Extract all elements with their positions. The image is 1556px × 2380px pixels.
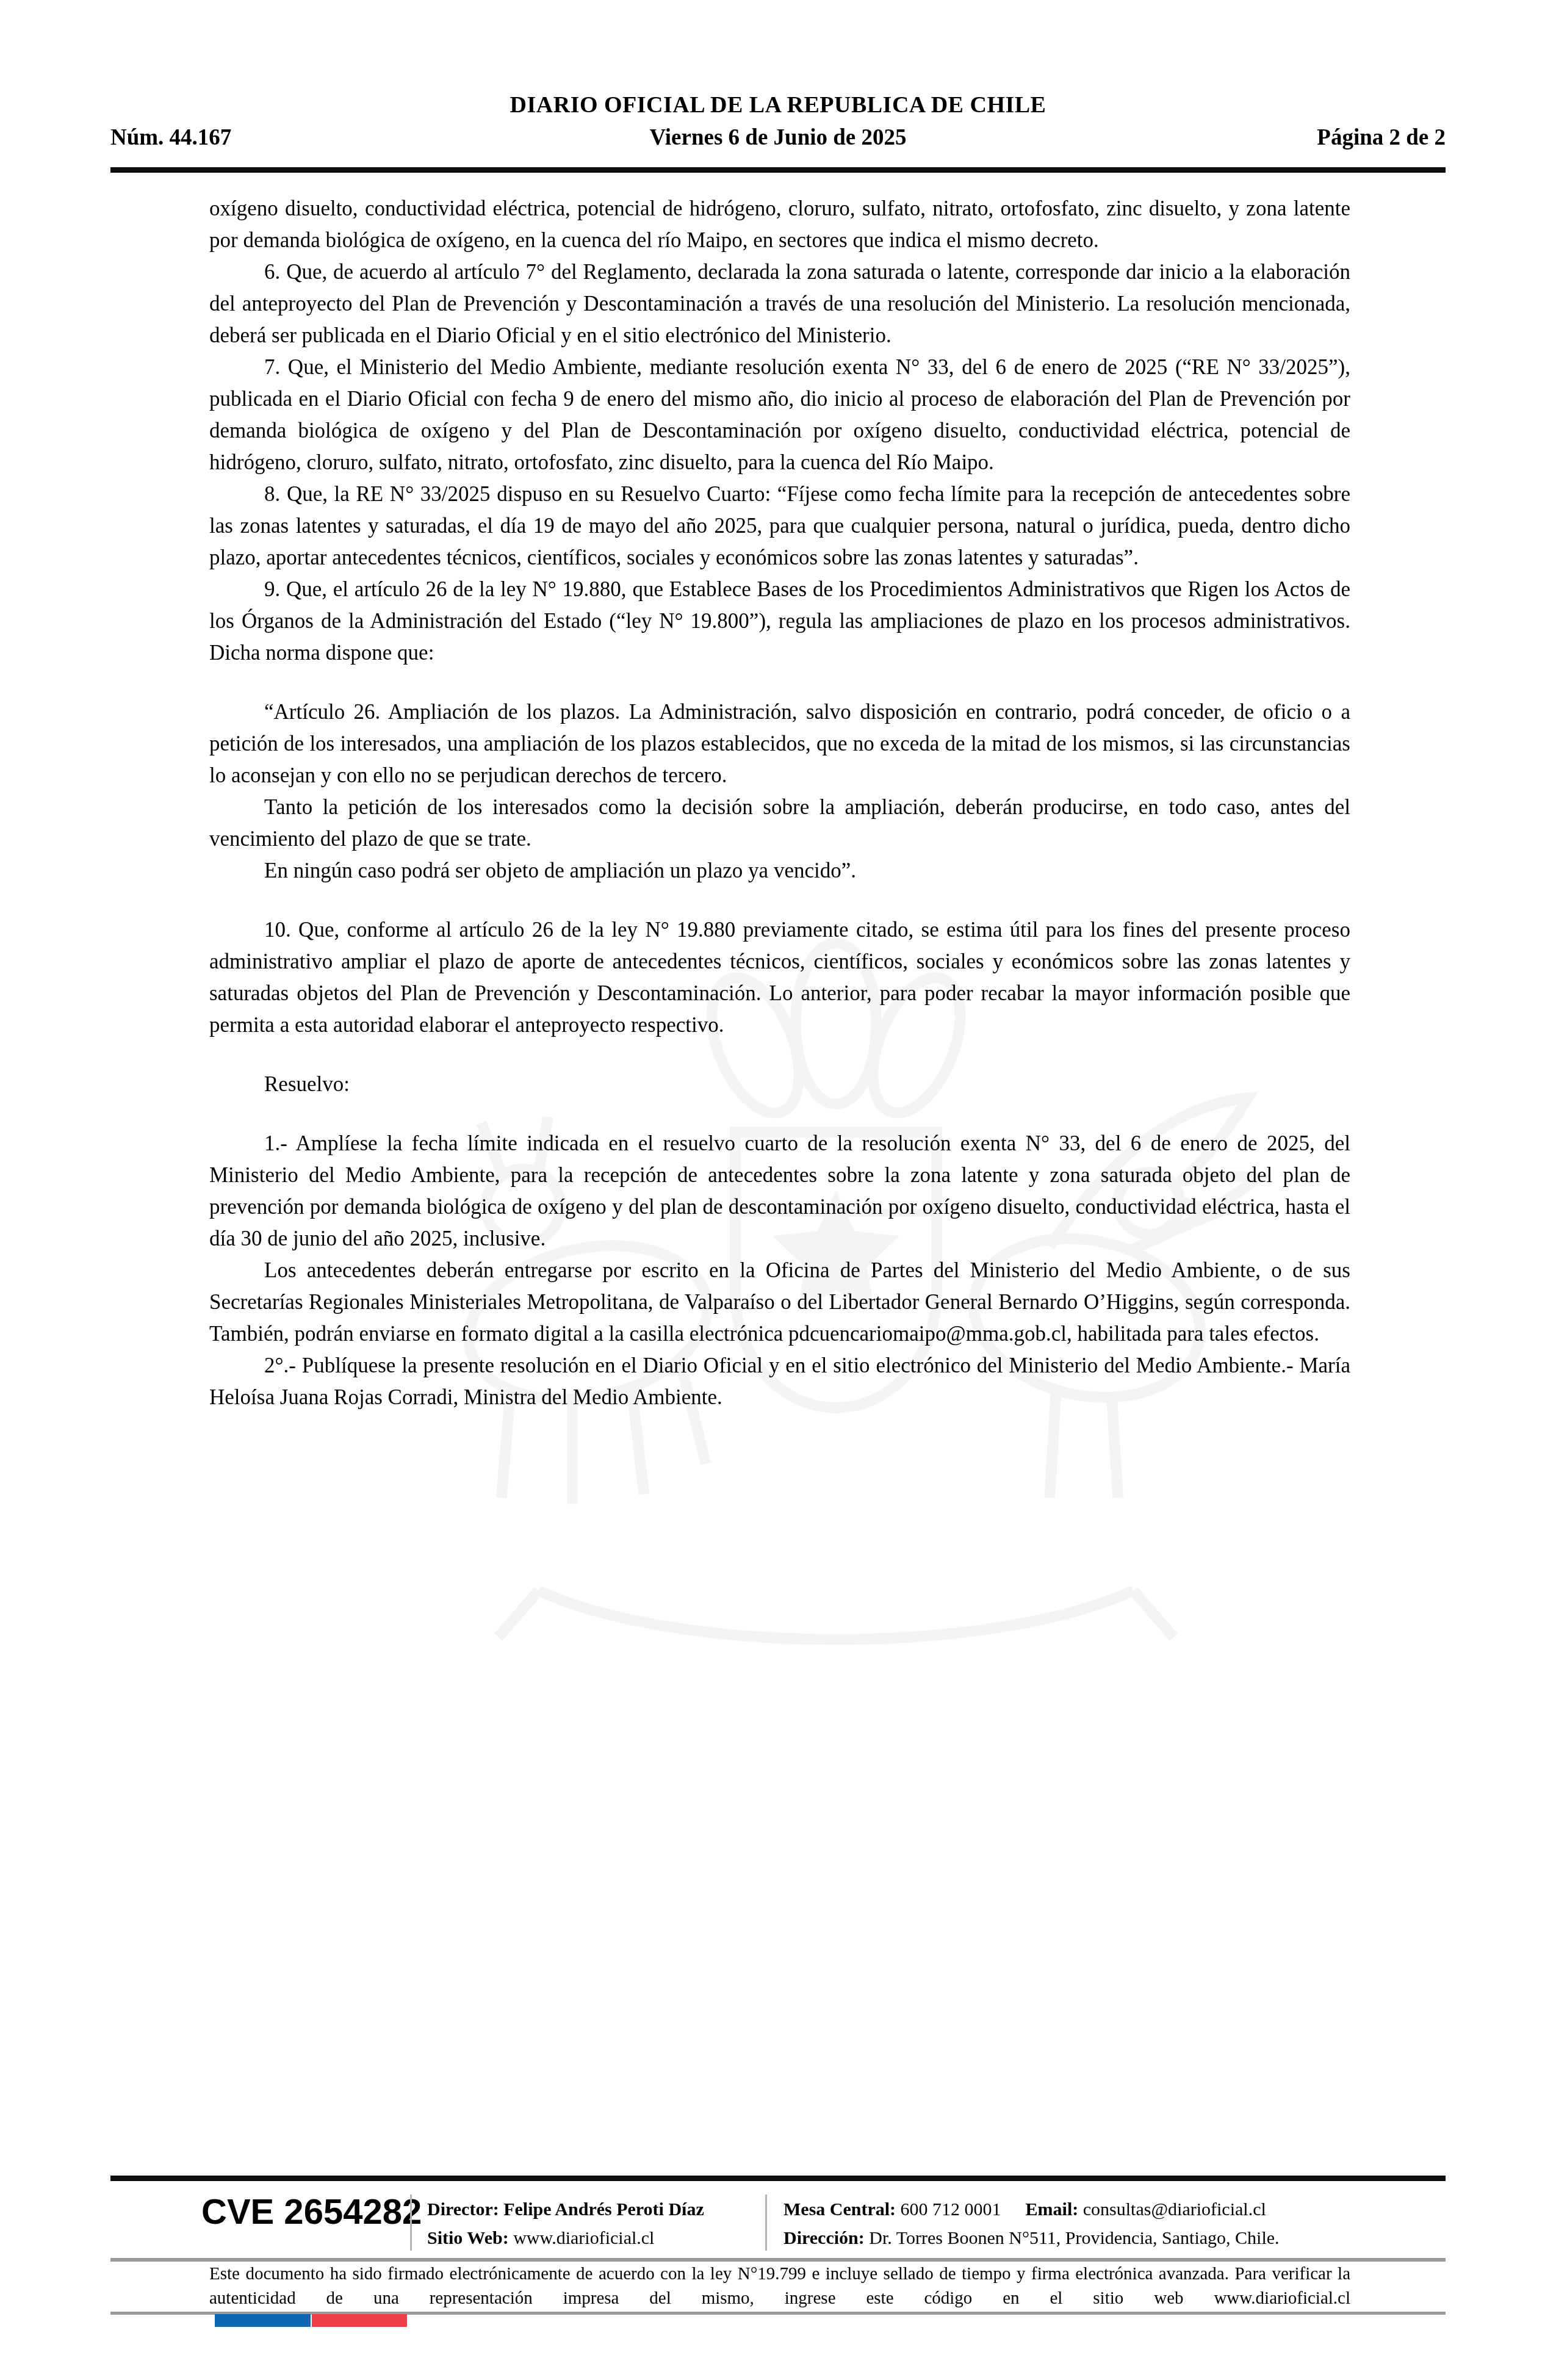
masthead-title: DIARIO OFICIAL DE LA REPUBLICA DE CHILE — [0, 92, 1556, 118]
direccion-label: Dirección: — [783, 2228, 865, 2248]
paragraph: “Artículo 26. Ampliación de los plazos. … — [209, 696, 1350, 792]
mesa-central-label: Mesa Central: — [783, 2199, 896, 2220]
sitio-web-label: Sitio Web: — [427, 2228, 509, 2248]
paragraph: Los antecedentes deberán entregarse por … — [209, 1255, 1350, 1350]
document-page: DIARIO OFICIAL DE LA REPUBLICA DE CHILE … — [0, 0, 1556, 2380]
page-indicator: Página 2 de 2 — [1317, 124, 1446, 151]
sitio-web-line: Sitio Web: www.diarioficial.cl — [427, 2224, 704, 2252]
header-info-row: Núm. 44.167 Viernes 6 de Junio de 2025 P… — [110, 124, 1446, 153]
director-line: Director: Felipe Andrés Peroti Díaz — [427, 2195, 704, 2224]
document-body: oxígeno disuelto, conductividad eléctric… — [209, 193, 1350, 1413]
footer-bottom-rule — [110, 2312, 1446, 2315]
paragraph: 6. Que, de acuerdo al artículo 7° del Re… — [209, 256, 1350, 352]
paragraph: Tanto la petición de los interesados com… — [209, 792, 1350, 855]
flag-bar-red — [312, 2314, 407, 2327]
email-value: consultas@diarioficial.cl — [1083, 2199, 1266, 2220]
footer-divider-1 — [410, 2194, 412, 2251]
legal-disclaimer: Este documento ha sido firmado electróni… — [209, 2262, 1350, 2310]
flag-bar-blue — [215, 2314, 311, 2327]
paragraph: 8. Que, la RE N° 33/2025 dispuso en su R… — [209, 478, 1350, 574]
paragraph: Resuelvo: — [209, 1069, 1350, 1100]
direccion-value: Dr. Torres Boonen N°511, Providencia, Sa… — [869, 2228, 1279, 2248]
header-rule — [110, 167, 1446, 173]
mesa-central-line: Mesa Central: 600 712 0001Email: consult… — [783, 2195, 1280, 2224]
footer-contact-column: Mesa Central: 600 712 0001Email: consult… — [783, 2195, 1280, 2252]
direccion-line: Dirección: Dr. Torres Boonen N°511, Prov… — [783, 2224, 1280, 2252]
sitio-web-value: www.diarioficial.cl — [513, 2228, 654, 2248]
mesa-central-value: 600 712 0001 — [901, 2199, 1001, 2220]
issue-date: Viernes 6 de Junio de 2025 — [110, 124, 1446, 151]
paragraph: 7. Que, el Ministerio del Medio Ambiente… — [209, 352, 1350, 478]
paragraph: 2°.- Publíquese la presente resolución e… — [209, 1350, 1350, 1413]
footer-divider-2 — [765, 2194, 767, 2251]
paragraph: 1.- Amplíese la fecha límite indicada en… — [209, 1128, 1350, 1255]
director-name: Felipe Andrés Peroti Díaz — [503, 2199, 704, 2220]
cve-code: CVE 2654282 — [201, 2194, 422, 2230]
paragraph: 10. Que, conforme al artículo 26 de la l… — [209, 914, 1350, 1041]
paragraph: En ningún caso podrá ser objeto de ampli… — [209, 855, 1350, 887]
footer-top-rule — [110, 2176, 1446, 2181]
footer-director-column: Director: Felipe Andrés Peroti Díaz Siti… — [427, 2195, 704, 2252]
paragraph: oxígeno disuelto, conductividad eléctric… — [209, 193, 1350, 256]
director-label: Director: — [427, 2199, 499, 2220]
email-label: Email: — [1026, 2199, 1079, 2220]
paragraph: 9. Que, el artículo 26 de la ley N° 19.8… — [209, 574, 1350, 669]
